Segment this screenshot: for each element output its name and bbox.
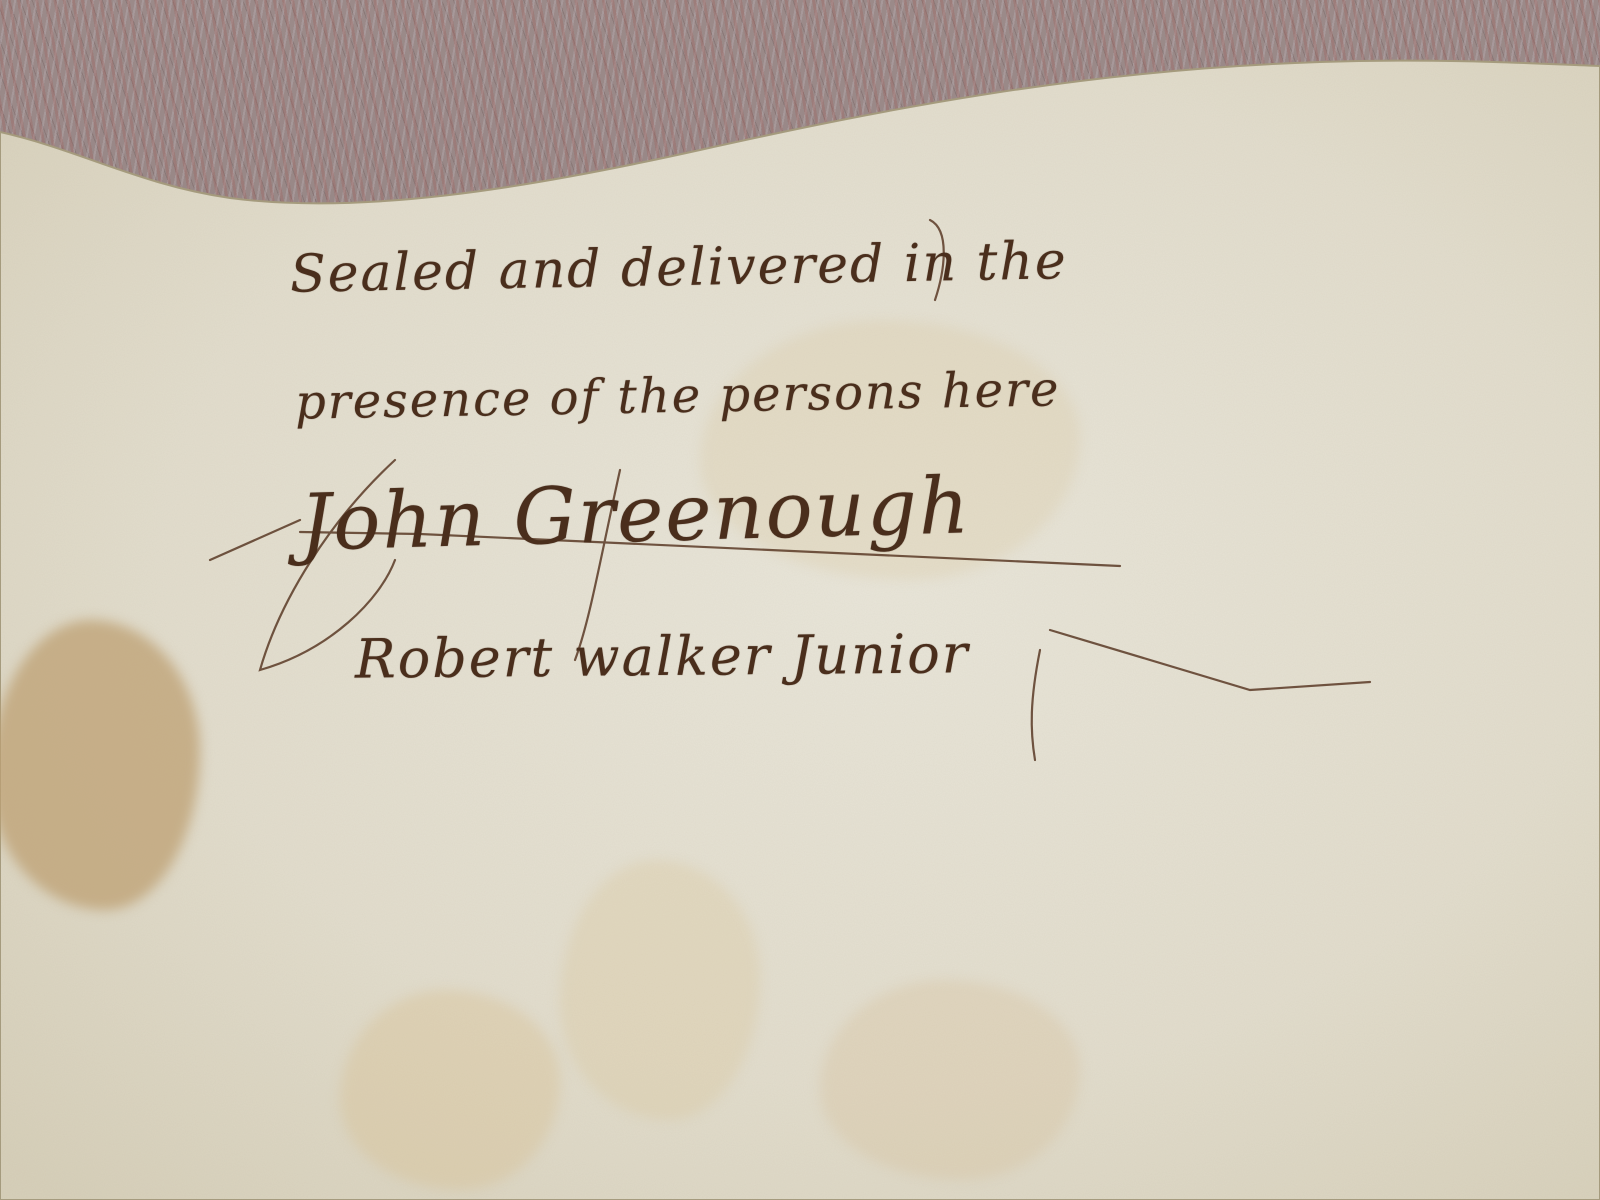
signature-flourishes [0, 0, 1600, 1200]
parchment-document: Sealed and delivered in the presence of … [0, 0, 1600, 1200]
signature-john-greenough: John Greenough [299, 461, 972, 569]
signature-robert-walker: Robert walker Junior [355, 622, 970, 690]
